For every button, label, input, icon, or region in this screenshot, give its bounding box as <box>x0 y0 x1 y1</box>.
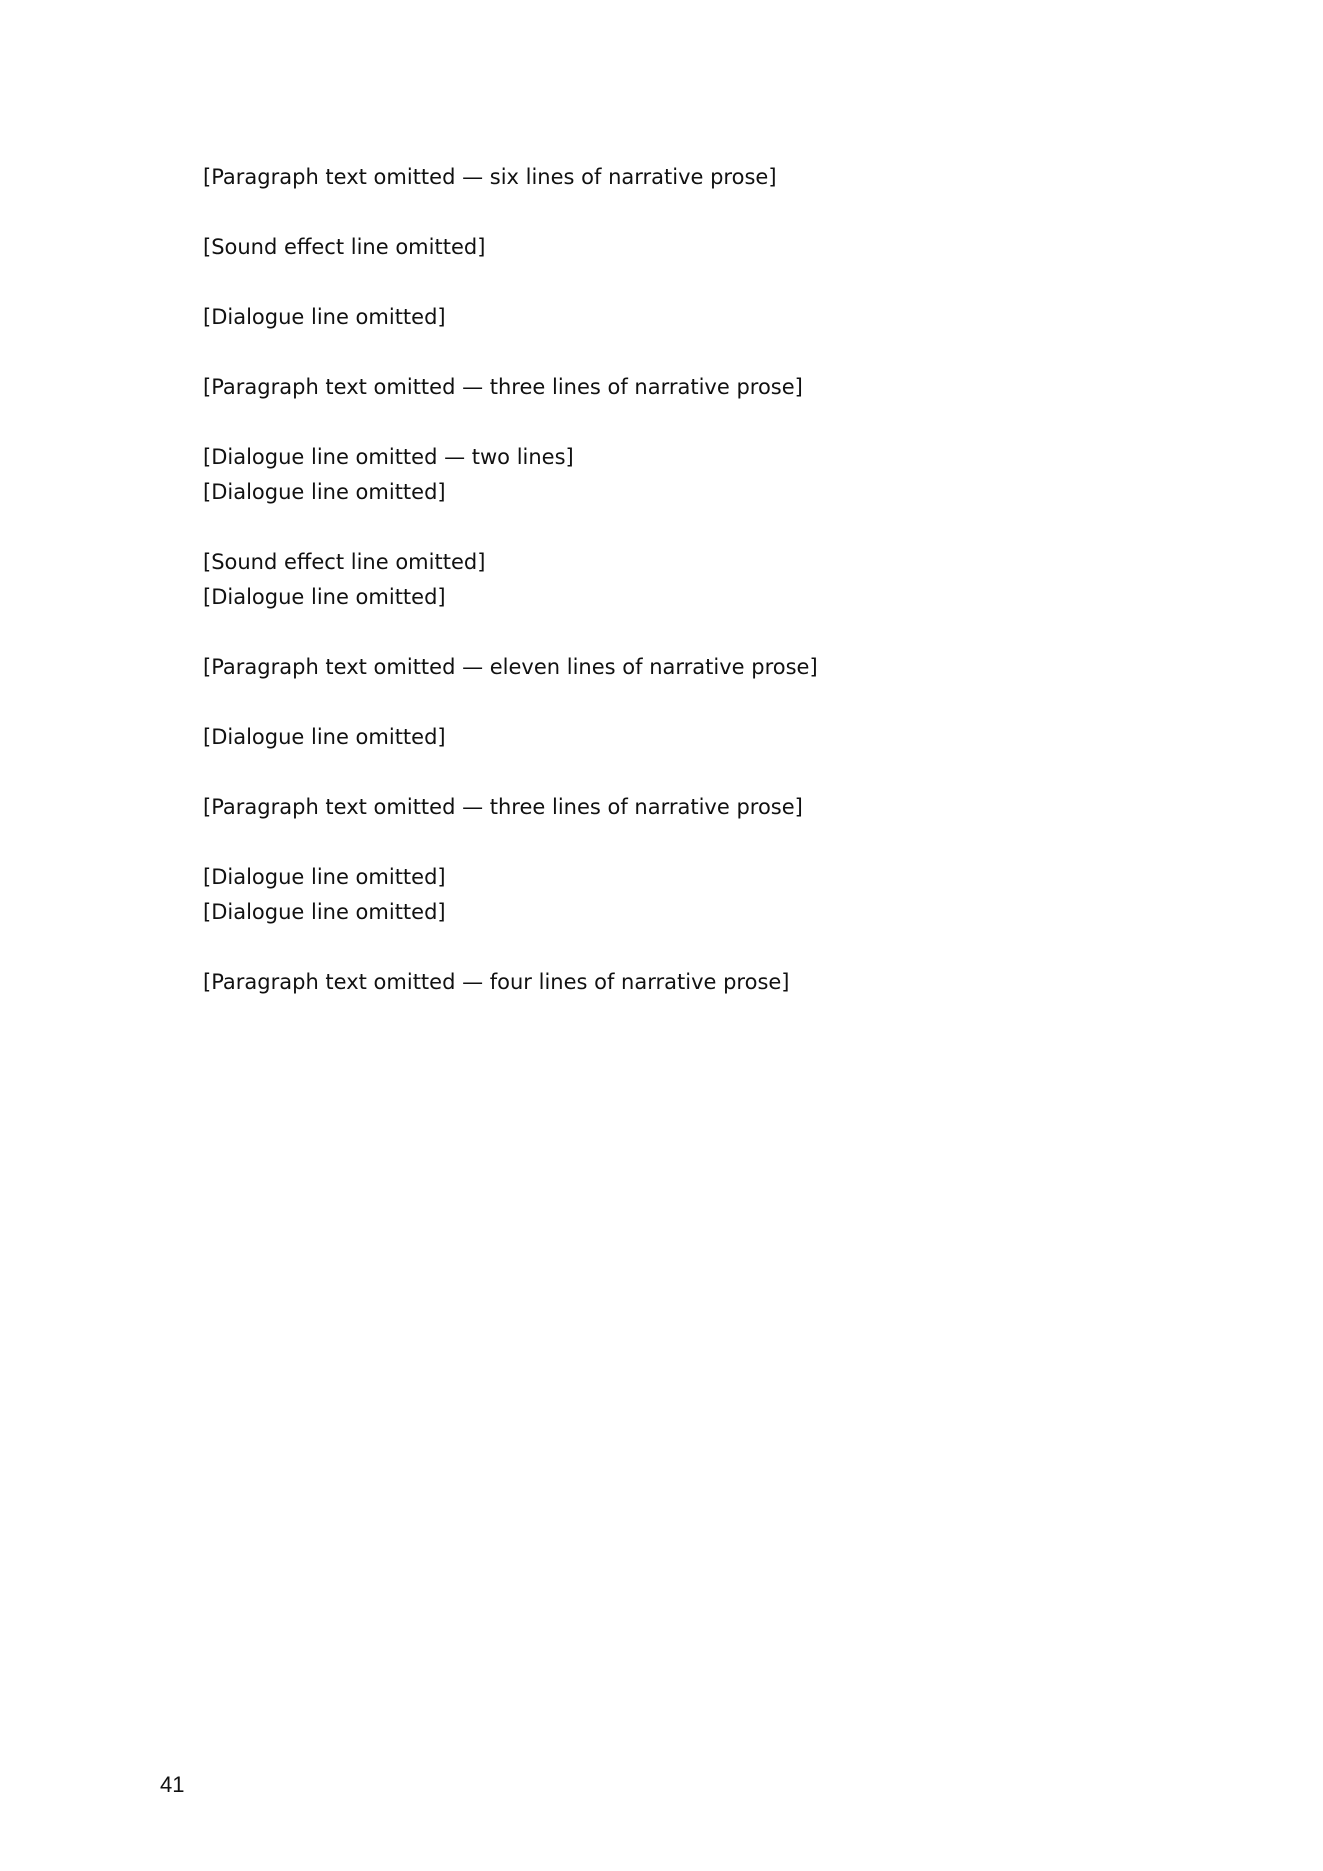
block-gap <box>203 335 1133 370</box>
dialogue-line: [Dialogue line omitted] <box>203 895 1133 930</box>
dialogue-line: [Dialogue line omitted] <box>203 860 1133 895</box>
page-number: 41 <box>160 1772 184 1798</box>
dialogue-line: [Sound effect line omitted] <box>203 230 1133 265</box>
block-gap <box>203 615 1133 650</box>
body-paragraph: [Paragraph text omitted — three lines of… <box>203 370 1133 405</box>
block-gap <box>203 755 1133 790</box>
dialogue-line: [Dialogue line omitted] <box>203 580 1133 615</box>
dialogue-line: [Dialogue line omitted — two lines] <box>203 440 1133 475</box>
body-paragraph: [Paragraph text omitted — eleven lines o… <box>203 650 1133 685</box>
block-gap <box>203 265 1133 300</box>
block-gap <box>203 510 1133 545</box>
dialogue-line: [Dialogue line omitted] <box>203 300 1133 335</box>
dialogue-line: [Dialogue line omitted] <box>203 720 1133 755</box>
block-gap <box>203 930 1133 965</box>
body-paragraph: [Paragraph text omitted — six lines of n… <box>203 160 1133 195</box>
dialogue-line: [Sound effect line omitted] <box>203 545 1133 580</box>
body-paragraph: [Paragraph text omitted — four lines of … <box>203 965 1133 1000</box>
document-body: [Paragraph text omitted — six lines of n… <box>203 160 1133 1035</box>
body-paragraph: [Paragraph text omitted — three lines of… <box>203 790 1133 825</box>
dialogue-line: [Dialogue line omitted] <box>203 475 1133 510</box>
